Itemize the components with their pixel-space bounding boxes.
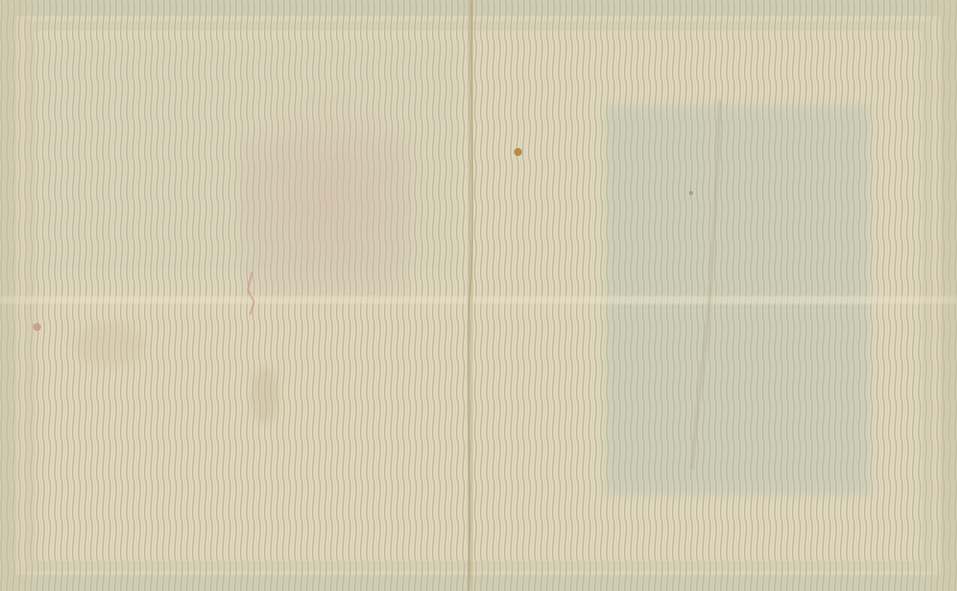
guilloche-pattern xyxy=(0,0,957,591)
paper-note-reverse xyxy=(0,0,957,591)
